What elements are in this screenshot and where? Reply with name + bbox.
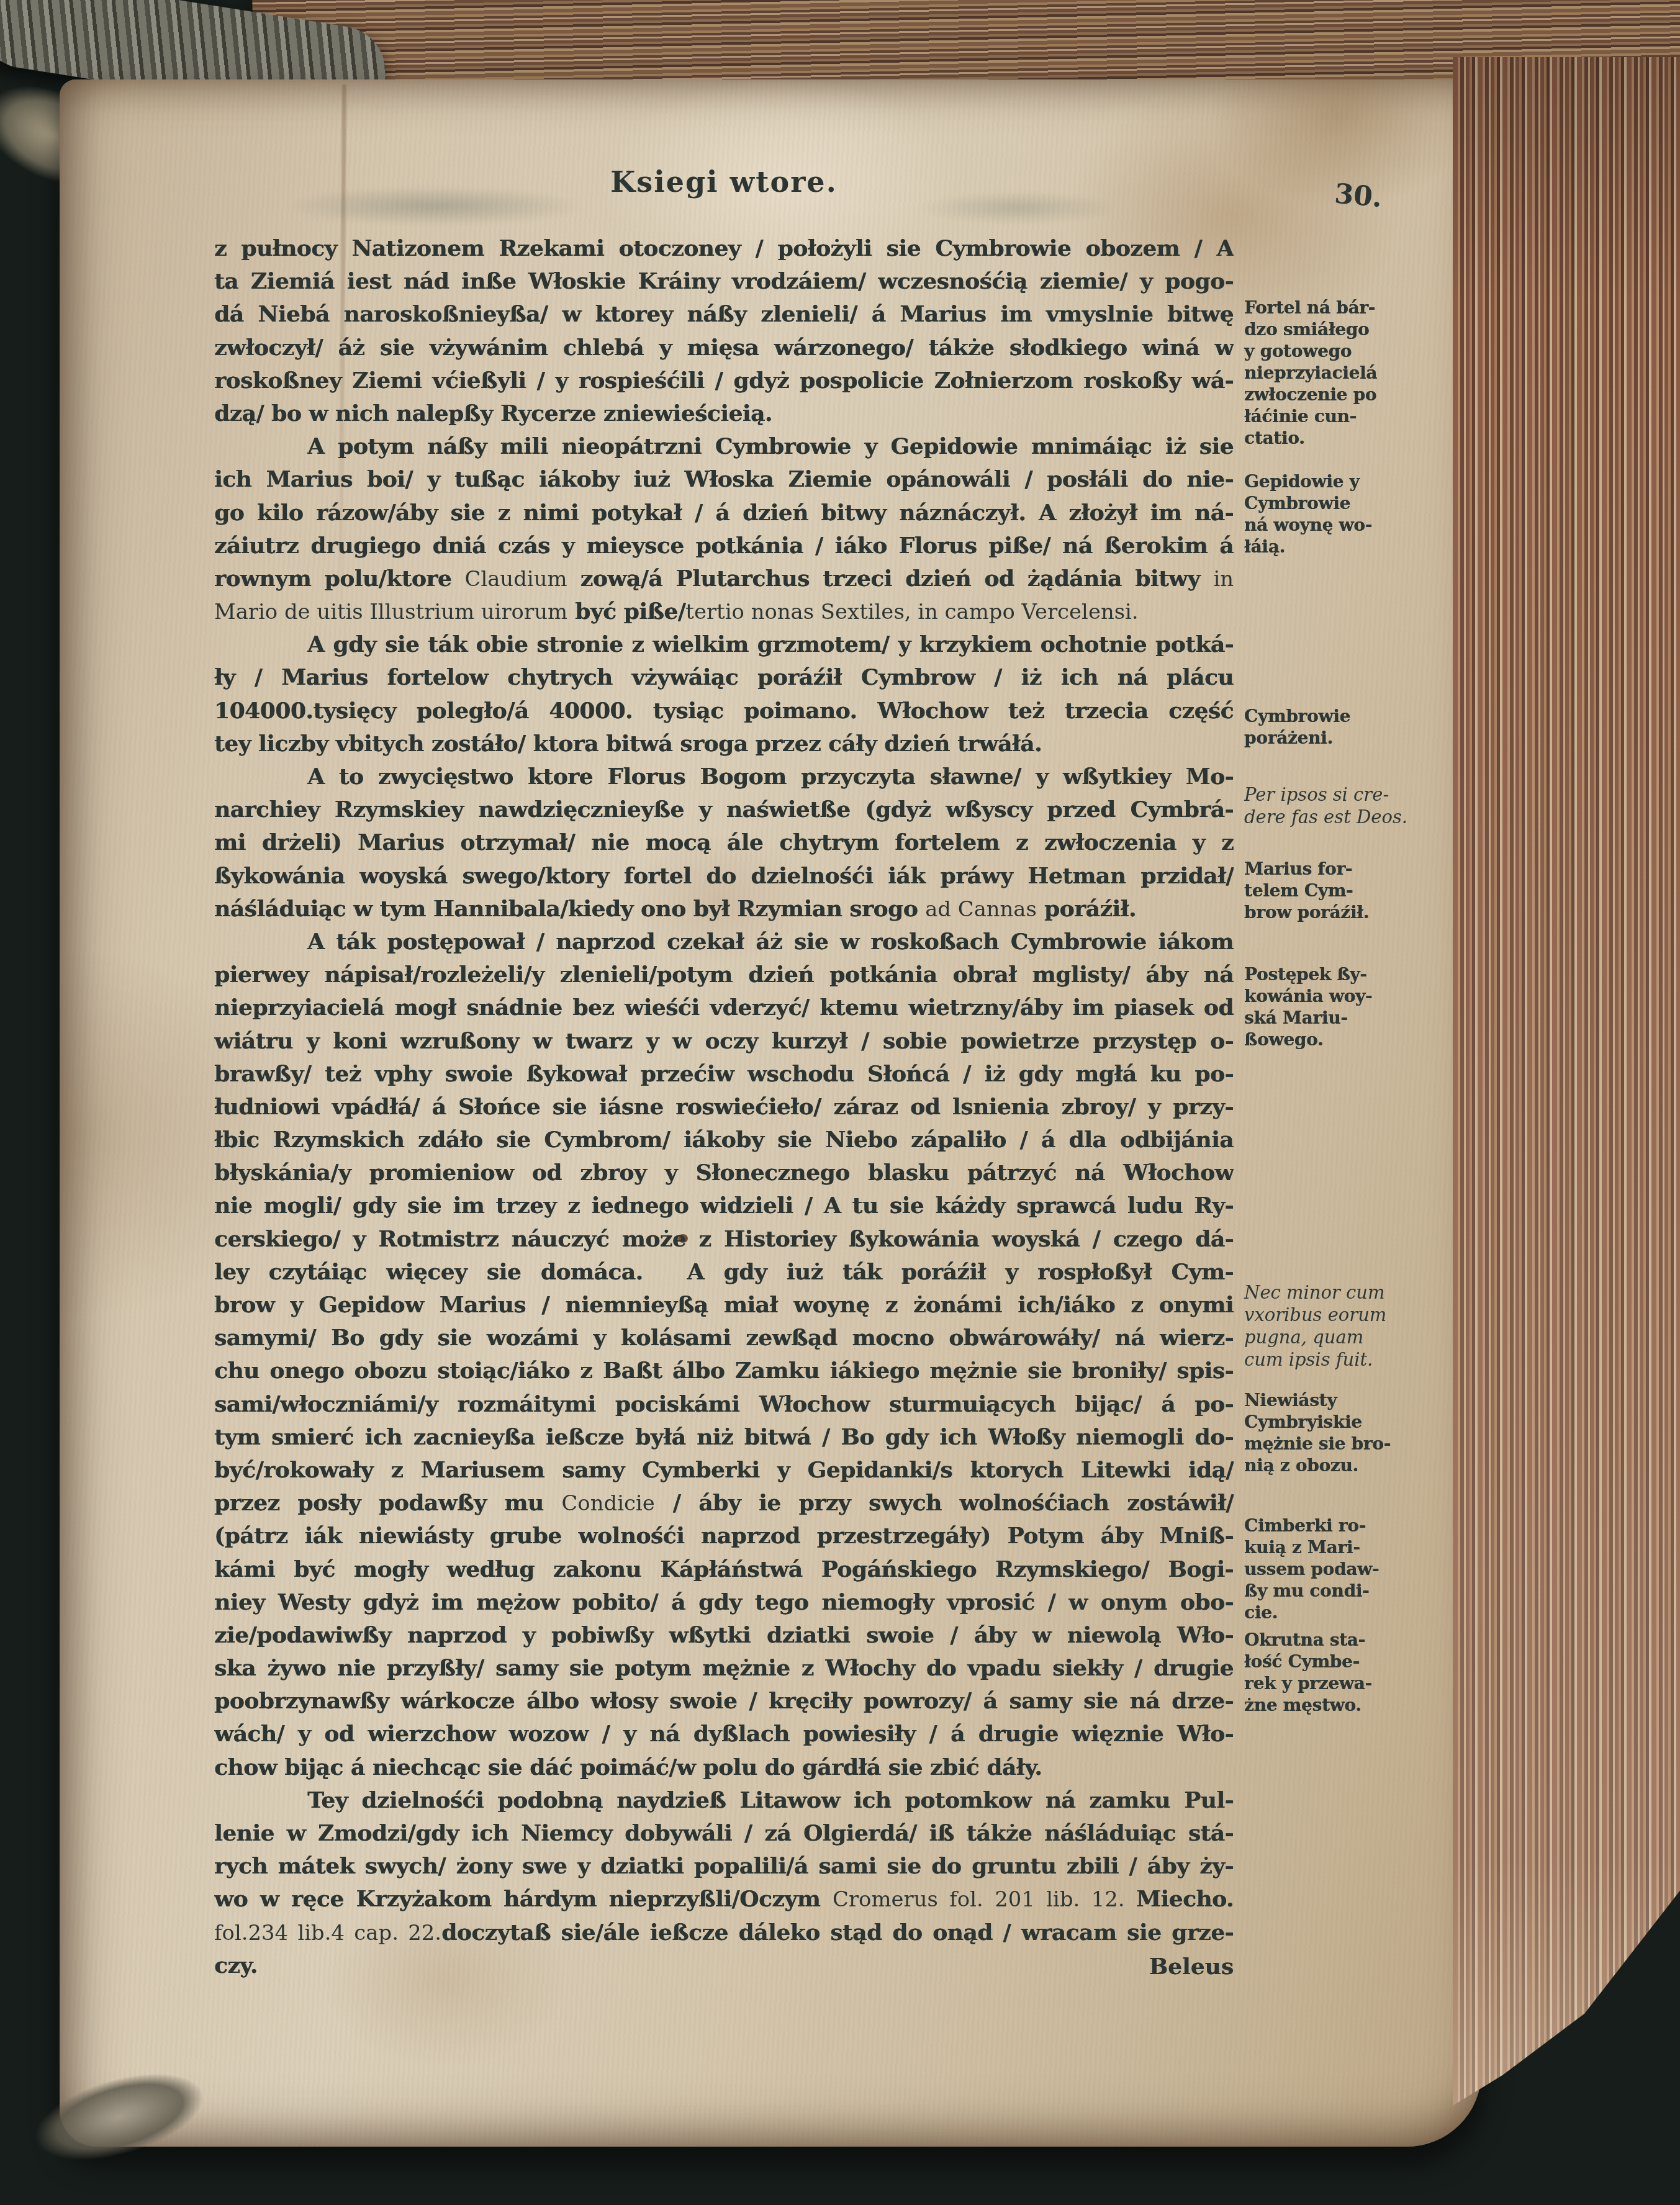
blackletter-segment: wo w ręce Krzyżakom hárdym nieprzyßli/Oc… bbox=[214, 1886, 833, 1912]
blackletter-segment: chow bijąc á niechcąc sie dáć poimáć/w p… bbox=[214, 1754, 1042, 1780]
text-line: cerskiego/ y Rotmistrz náuczyć może z Hi… bbox=[214, 1223, 1234, 1256]
running-header: Ksiegi wtore. bbox=[214, 165, 1234, 199]
text-line: z pułnocy Natizonem Rzekami otoczoney / … bbox=[214, 232, 1234, 265]
main-text-block: z pułnocy Natizonem Rzekami otoczoney / … bbox=[214, 232, 1234, 1982]
blackletter-segment: kámi być mogły według zakonu Kápłáństwá … bbox=[214, 1556, 1234, 1582]
text-line: ley czytáiąc więcey sie domáca. A gdy iu… bbox=[214, 1256, 1234, 1289]
blackletter-segment: chu onego obozu stoiąc/iáko z Baßt álbo … bbox=[214, 1358, 1234, 1384]
text-line: poobrzynawßy wárkocze álbo włosy swoie /… bbox=[214, 1685, 1234, 1718]
text-line: chow bijąc á niechcąc sie dáć poimáć/w p… bbox=[214, 1751, 1234, 1784]
text-line: wo w ręce Krzyżakom hárdym nieprzyßli/Oc… bbox=[214, 1883, 1234, 1916]
text-line: ßykowánia woyská swego/ktory fortel do d… bbox=[214, 860, 1234, 893]
blackletter-segment: go kilo rázow/áby sie z nimi potykał / á… bbox=[214, 500, 1234, 526]
text-line: fol.234 lib.4 cap. 22.doczytaß sie/ále i… bbox=[214, 1916, 1234, 1949]
text-line: zwłoczył/ áż sie vżywánim chlebá y mięsa… bbox=[214, 331, 1234, 364]
blackletter-segment: zie/podawiwßy naprzod y pobiwßy wßytki d… bbox=[214, 1622, 1234, 1648]
text-line: niey Westy gdyż im mężow pobito/ á gdy t… bbox=[214, 1586, 1234, 1619]
book-photo-stage: Ksiegi wtore. 30. z pułnocy Natizonem Rz… bbox=[0, 0, 1680, 2205]
blackletter-segment: narchiey Rzymskiey nawdzięcznieyße y naś… bbox=[214, 796, 1234, 823]
blackletter-segment: mi drżeli) Marius otrzymał/ nie mocą ále… bbox=[214, 829, 1234, 855]
margin-note: Cymbrowie poráżeni. bbox=[1244, 705, 1430, 749]
blackletter-segment: A potym náßy mili nieopátrzni Cymbrowie … bbox=[307, 433, 1234, 459]
latin-type-segment: fol.234 lib.4 cap. 22. bbox=[214, 1921, 441, 1945]
text-line: brow y Gepidow Marius / niemnieyßą miał … bbox=[214, 1289, 1234, 1322]
blackletter-segment: ta Ziemiá iest nád inße Włoskie Kráiny v… bbox=[214, 268, 1234, 294]
latin-type-segment: Claudium bbox=[465, 567, 567, 591]
latin-type-segment: Cromerus fol. 201 lib. 12. bbox=[833, 1887, 1136, 1911]
text-line: go kilo rázow/áby sie z nimi potykał / á… bbox=[214, 497, 1234, 530]
catchword: Beleus bbox=[214, 1950, 1234, 1983]
margin-note-latin: Nec minor cum vxoribus eorum pugna, quam… bbox=[1244, 1281, 1430, 1371]
blackletter-segment: błyskánia/y promieniow od zbroy y Słonec… bbox=[214, 1160, 1234, 1186]
text-line: dzą/ bo w nich nalepßy Rycerze zniewieśc… bbox=[214, 397, 1234, 430]
text-line: wách/ y od wierzchow wozow / y ná dyßlac… bbox=[214, 1718, 1234, 1751]
blackletter-segment: samymi/ Bo gdy sie wozámi y kolásami zew… bbox=[214, 1325, 1234, 1351]
text-line: náśláduiąc w tym Hannibala/kiedy ono był… bbox=[214, 893, 1234, 926]
blackletter-segment: tey liczby vbitych zostáło/ ktora bitwá … bbox=[214, 731, 1042, 757]
text-line: zie/podawiwßy naprzod y pobiwßy wßytki d… bbox=[214, 1619, 1234, 1652]
text-line: nie mogli/ gdy sie im trzey z iednego wi… bbox=[214, 1189, 1234, 1222]
blackletter-segment: wách/ y od wierzchow wozow / y ná dyßlac… bbox=[214, 1721, 1234, 1747]
blackletter-segment: nieprzyiacielá mogł snádnie bez wieśći v… bbox=[214, 994, 1234, 1021]
text-line: nieprzyiacielá mogł snádnie bez wieśći v… bbox=[214, 991, 1234, 1024]
text-line: záiutrz drugiego dniá czás y mieysce pot… bbox=[214, 530, 1234, 562]
margin-note: Marius for- telem Cym- brow poráźił. bbox=[1244, 858, 1430, 923]
latin-type-segment: tertio nonas Sextiles, in campo Vercelen… bbox=[685, 600, 1138, 624]
text-line: A potym náßy mili nieopátrzni Cymbrowie … bbox=[214, 430, 1234, 463]
blackletter-segment: pierwey nápisał/rozleżeli/y zlenieli/pot… bbox=[214, 962, 1234, 988]
blackletter-segment: A gdy sie ták obie stronie z wielkim grz… bbox=[307, 631, 1234, 657]
text-line: rownym polu/ktore Claudium zową/á Plutar… bbox=[214, 562, 1234, 595]
text-line: A ták postępował / naprzod czekał áż sie… bbox=[214, 926, 1234, 958]
margin-note: Niewiásty Cymbryiskie mężnie sie bro- ni… bbox=[1244, 1389, 1430, 1476]
latin-type-segment: Condicie bbox=[561, 1491, 654, 1515]
text-line: A gdy sie ták obie stronie z wielkim grz… bbox=[214, 628, 1234, 661]
blackletter-segment: (pátrz iák niewiásty grube wolnośći napr… bbox=[214, 1523, 1234, 1549]
text-line: pierwey nápisał/rozleżeli/y zlenieli/pot… bbox=[214, 958, 1234, 991]
text-line: sami/włoczniámi/y rozmáitymi pociskámi W… bbox=[214, 1388, 1234, 1421]
blackletter-segment: ßykowánia woyská swego/ktory fortel do d… bbox=[214, 863, 1234, 889]
blackletter-segment: záiutrz drugiego dniá czás y mieysce pot… bbox=[214, 533, 1234, 559]
margin-note: Gepidowie y Cymbrowie ná woynę wo- łáią. bbox=[1244, 471, 1430, 557]
blackletter-segment: zwłoczył/ áż sie vżywánim chlebá y mięsa… bbox=[214, 335, 1234, 361]
text-line: narchiey Rzymskiey nawdzięcznieyße y naś… bbox=[214, 793, 1234, 826]
blackletter-segment: rownym polu/ktore bbox=[214, 566, 465, 592]
blackletter-segment: ley czytáiąc więcey sie domáca. A gdy iu… bbox=[214, 1259, 1234, 1285]
text-line: dá Niebá naroskoßnieyßa/ w ktorey náßy z… bbox=[214, 298, 1234, 331]
blackletter-segment: lenie w Zmodzi/gdy ich Niemcy dobywáli /… bbox=[214, 1820, 1234, 1846]
text-line: tym smierć ich zacnieyßa ießcze byłá niż… bbox=[214, 1421, 1234, 1454]
blackletter-segment: tym smierć ich zacnieyßa ießcze byłá niż… bbox=[214, 1424, 1234, 1450]
text-line: roskoßney Ziemi vćießyli / y rospieśćili… bbox=[214, 364, 1234, 397]
blackletter-segment: łbic Rzymskich zdáło sie Cymbrom/ iákoby… bbox=[214, 1127, 1234, 1153]
text-line: wiátru y koni wzrußony w twarz y w oczy … bbox=[214, 1025, 1234, 1058]
blackletter-segment: być/rokowały z Mariusem samy Cymberki y … bbox=[214, 1457, 1234, 1483]
blackletter-segment: 104000.tysięcy poległo/á 40000. tysiąc p… bbox=[214, 698, 1234, 724]
blackletter-segment: Miecho. bbox=[1136, 1886, 1234, 1912]
blackletter-segment: A to zwycięstwo ktore Florus Bogom przyc… bbox=[307, 764, 1234, 790]
margin-note: Cimberki ro- kuią z Mari- ussem podaw- ß… bbox=[1244, 1515, 1430, 1623]
latin-type-segment: Mario de uitis Illustrium uirorum bbox=[214, 600, 567, 624]
blackletter-segment: niey Westy gdyż im mężow pobito/ á gdy t… bbox=[214, 1589, 1234, 1615]
text-line: ły / Marius fortelow chytrych vżywáiąc p… bbox=[214, 661, 1234, 694]
margin-note: Postępek ßy- kowánia woy- ská Mariu- ßow… bbox=[1244, 963, 1430, 1050]
text-line: łbic Rzymskich zdáło sie Cymbrom/ iákoby… bbox=[214, 1124, 1234, 1157]
blackletter-segment: doczytaß sie/ále ießcze dáleko stąd do o… bbox=[441, 1919, 1234, 1946]
blackletter-segment: brow y Gepidow Marius / niemnieyßą miał … bbox=[214, 1292, 1234, 1318]
blackletter-segment: przez posły podawßy mu bbox=[214, 1490, 561, 1516]
text-line: lenie w Zmodzi/gdy ich Niemcy dobywáli /… bbox=[214, 1817, 1234, 1850]
text-line: Tey dzielnośći podobną naydzieß Litawow … bbox=[214, 1784, 1234, 1817]
margin-note: Fortel ná bár- dzo smiáłego y gotowego n… bbox=[1244, 297, 1430, 449]
text-line: rych mátek swych/ żony swe y dziatki pop… bbox=[214, 1850, 1234, 1883]
latin-type-segment: in bbox=[1213, 567, 1234, 591]
text-line: łudniowi vpádłá/ á Słońce sie iásne rosw… bbox=[214, 1091, 1234, 1124]
text-line: błyskánia/y promieniow od zbroy y Słonec… bbox=[214, 1157, 1234, 1189]
blackletter-segment: roskoßney Ziemi vćießyli / y rospieśćili… bbox=[214, 367, 1234, 394]
blackletter-segment: / áby ie przy swych wolnośćiach zostáwił… bbox=[655, 1490, 1234, 1516]
blackletter-segment: sami/włoczniámi/y rozmáitymi pociskámi W… bbox=[214, 1391, 1234, 1417]
latin-type-segment: ad Cannas bbox=[925, 897, 1037, 921]
blackletter-segment: náśláduiąc w tym Hannibala/kiedy ono był… bbox=[214, 896, 925, 922]
margin-note: Okrutna sta- łość Cymbe- rek y przewa- ż… bbox=[1244, 1629, 1430, 1716]
text-line: przez posły podawßy mu Condicie / áby ie… bbox=[214, 1487, 1234, 1520]
blackletter-segment: cerskiego/ y Rotmistrz náuczyć może z Hi… bbox=[214, 1226, 1234, 1252]
text-line: kámi być mogły według zakonu Kápłáństwá … bbox=[214, 1553, 1234, 1586]
blackletter-segment: poobrzynawßy wárkocze álbo włosy swoie /… bbox=[214, 1688, 1234, 1714]
text-line: (pátrz iák niewiásty grube wolnośći napr… bbox=[214, 1520, 1234, 1553]
blackletter-segment: poráźił. bbox=[1037, 896, 1136, 922]
fore-edge-pages bbox=[1453, 57, 1680, 2106]
text-line: samymi/ Bo gdy sie wozámi y kolásami zew… bbox=[214, 1322, 1234, 1355]
blackletter-segment: zową/á Plutarchus trzeci dzień od żądáni… bbox=[567, 566, 1214, 592]
text-line: ich Marius boi/ y tußąc iákoby iuż Włosk… bbox=[214, 463, 1234, 496]
text-line: ska żywo nie przyßły/ samy sie potym męż… bbox=[214, 1652, 1234, 1685]
blackletter-segment: dzą/ bo w nich nalepßy Rycerze zniewieśc… bbox=[214, 400, 772, 426]
text-line: tey liczby vbitych zostáło/ ktora bitwá … bbox=[214, 728, 1234, 760]
text-line: 104000.tysięcy poległo/á 40000. tysiąc p… bbox=[214, 695, 1234, 728]
blackletter-segment: rych mátek swych/ żony swe y dziatki pop… bbox=[214, 1853, 1234, 1879]
blackletter-segment: ska żywo nie przyßły/ samy sie potym męż… bbox=[214, 1655, 1234, 1681]
blackletter-segment: z pułnocy Natizonem Rzekami otoczoney / … bbox=[214, 235, 1234, 261]
blackletter-segment: ły / Marius fortelow chytrych vżywáiąc p… bbox=[214, 664, 1234, 690]
blackletter-segment: dá Niebá naroskoßnieyßa/ w ktorey náßy z… bbox=[214, 301, 1234, 327]
blackletter-segment: wiátru y koni wzrußony w twarz y w oczy … bbox=[214, 1028, 1234, 1054]
text-line: mi drżeli) Marius otrzymał/ nie mocą ále… bbox=[214, 826, 1234, 859]
text-line: chu onego obozu stoiąc/iáko z Baßt álbo … bbox=[214, 1355, 1234, 1387]
blackletter-segment: ich Marius boi/ y tußąc iákoby iuż Włosk… bbox=[214, 466, 1234, 492]
margin-note-latin: Per ipsos si cre- dere fas est Deos. bbox=[1244, 783, 1430, 828]
blackletter-segment: Tey dzielnośći podobną naydzieß Litawow … bbox=[307, 1787, 1234, 1813]
text-line: brawßy/ też vphy swoie ßykował przećiw w… bbox=[214, 1058, 1234, 1091]
blackletter-segment: łudniowi vpádłá/ á Słońce sie iásne rosw… bbox=[214, 1094, 1234, 1120]
text-line: ta Ziemiá iest nád inße Włoskie Kráiny v… bbox=[214, 265, 1234, 298]
blackletter-segment: A ták postępował / naprzod czekał áż sie… bbox=[307, 929, 1234, 955]
blackletter-segment: brawßy/ też vphy swoie ßykował przećiw w… bbox=[214, 1061, 1234, 1087]
text-line: być/rokowały z Mariusem samy Cymberki y … bbox=[214, 1454, 1234, 1487]
text-line: A to zwycięstwo ktore Florus Bogom przyc… bbox=[214, 760, 1234, 793]
blackletter-segment: być piße/ bbox=[567, 598, 685, 625]
text-line: Mario de uitis Illustrium uirorum być pi… bbox=[214, 595, 1234, 628]
blackletter-segment: nie mogli/ gdy sie im trzey z iednego wi… bbox=[214, 1193, 1234, 1219]
